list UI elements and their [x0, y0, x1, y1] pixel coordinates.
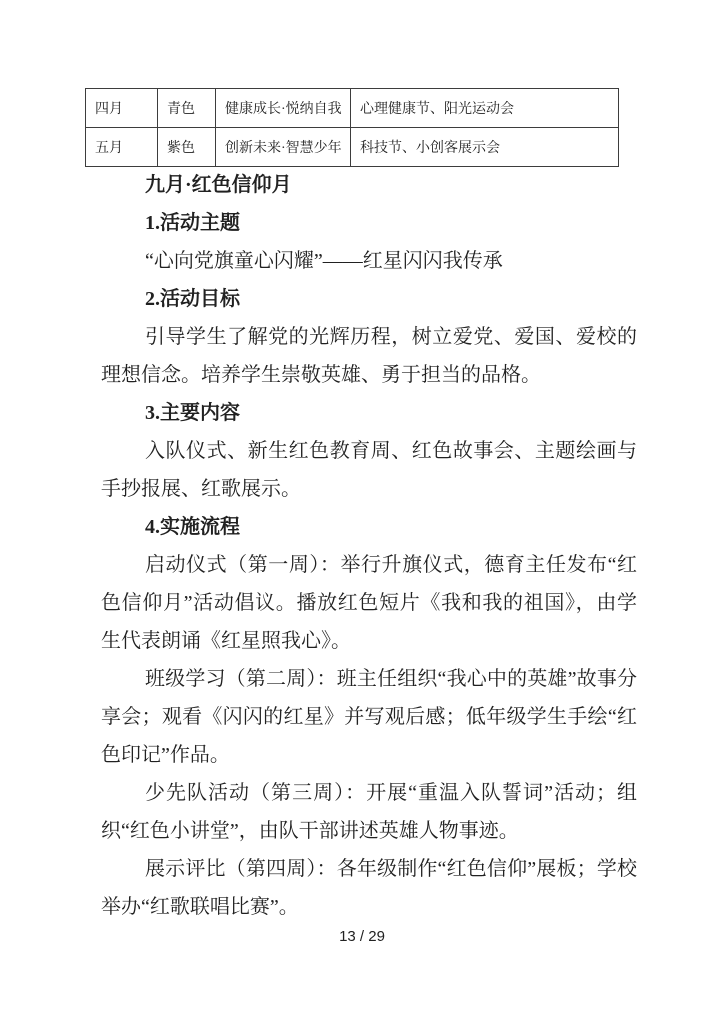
cell-color: 紫色 — [158, 128, 216, 167]
cell-month: 四月 — [86, 89, 158, 128]
cell-theme: 创新未来·智慧少年 — [216, 128, 351, 167]
heading-process: 4.实施流程 — [101, 508, 637, 546]
cell-events: 心理健康节、阳光运动会 — [351, 89, 619, 128]
process-week2-text: 班级学习（第二周）：班主任组织“我心中的英雄”故事分享会；观看《闪闪的红星》并写… — [101, 660, 637, 774]
cell-events: 科技节、小创客展示会 — [351, 128, 619, 167]
heading-main-content: 3.主要内容 — [101, 394, 637, 432]
cell-month: 五月 — [86, 128, 158, 167]
document-body: 九月·红色信仰月 1.活动主题 “心向党旗童心闪耀”——红星闪闪我传承 2.活动… — [101, 166, 637, 926]
document-page: 四月 青色 健康成长·悦纳自我 心理健康节、阳光运动会 五月 紫色 创新未来·智… — [0, 0, 724, 1024]
page-number: 13 / 29 — [0, 922, 724, 952]
cell-theme: 健康成长·悦纳自我 — [216, 89, 351, 128]
table-row-may: 五月 紫色 创新未来·智慧少年 科技节、小创客展示会 — [86, 128, 619, 167]
activity-theme-text: “心向党旗童心闪耀”——红星闪闪我传承 — [101, 242, 637, 280]
activity-goal-text: 引导学生了解党的光辉历程，树立爱党、爱国、爱校的理想信念。培养学生崇敬英雄、勇于… — [101, 318, 637, 394]
section-heading: 九月·红色信仰月 — [101, 166, 637, 204]
monthly-theme-table: 四月 青色 健康成长·悦纳自我 心理健康节、阳光运动会 五月 紫色 创新未来·智… — [85, 88, 619, 167]
heading-activity-theme: 1.活动主题 — [101, 204, 637, 242]
heading-activity-goal: 2.活动目标 — [101, 280, 637, 318]
main-content-text: 入队仪式、新生红色教育周、红色故事会、主题绘画与手抄报展、红歌展示。 — [101, 432, 637, 508]
process-week3-text: 少先队活动（第三周）：开展“重温入队誓词”活动；组织“红色小讲堂”，由队干部讲述… — [101, 774, 637, 850]
process-week4-text: 展示评比（第四周）：各年级制作“红色信仰”展板；学校举办“红歌联唱比赛”。 — [101, 850, 637, 926]
table-row-april: 四月 青色 健康成长·悦纳自我 心理健康节、阳光运动会 — [86, 89, 619, 128]
process-week1-text: 启动仪式（第一周）：举行升旗仪式，德育主任发布“红色信仰月”活动倡议。播放红色短… — [101, 546, 637, 660]
cell-color: 青色 — [158, 89, 216, 128]
